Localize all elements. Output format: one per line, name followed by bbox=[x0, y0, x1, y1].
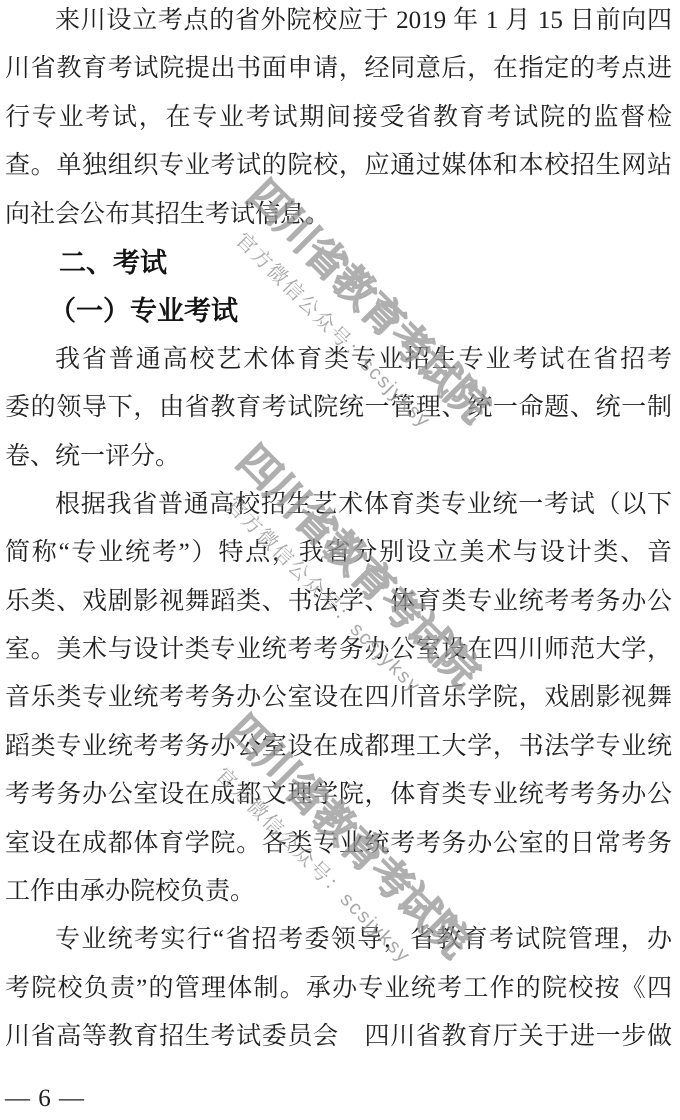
paragraph-line: 川省高等教育招生考试委员会 四川省教育厅关于进一步做 bbox=[5, 1013, 672, 1061]
paragraph: 来川设立考点的省外院校应于 2019 年 1 月 15 日前向四川省教育考试院提… bbox=[5, 0, 672, 239]
page: 来川设立考点的省外院校应于 2019 年 1 月 15 日前向四川省教育考试院提… bbox=[0, 0, 680, 1120]
paragraph-line: 根据我省普通高校招生艺术体育类专业统一考试（以下 bbox=[5, 481, 672, 529]
paragraph-line: 卷、统一评分。 bbox=[5, 433, 672, 481]
paragraph-line: 音乐类专业统考考务办公室设在四川音乐学院，戏剧影视舞 bbox=[5, 674, 672, 722]
subsection-heading: （一）专业考试 bbox=[5, 287, 672, 335]
paragraph-line: 考院校负责”的管理体制。承办专业统考工作的院校按《四 bbox=[5, 965, 672, 1013]
page-number: — 6 — bbox=[5, 1085, 85, 1113]
paragraph: 专业统考实行“省招考委领导，省教育考试院管理，办考院校负责”的管理体制。承办专业… bbox=[5, 916, 672, 1061]
paragraph-line: 来川设立考点的省外院校应于 2019 年 1 月 15 日前向四 bbox=[5, 0, 672, 45]
paragraph: 我省普通高校艺术体育类专业招生专业考试在省招考委的领导下，由省教育考试院统一管理… bbox=[5, 336, 672, 481]
paragraph-line: 室。美术与设计类专业统考考务办公室设在四川师范大学， bbox=[5, 626, 672, 674]
paragraph-line: 我省普通高校艺术体育类专业招生专业考试在省招考 bbox=[5, 336, 672, 384]
paragraph-line: 蹈类专业统考考务办公室设在成都理工大学，书法学专业统 bbox=[5, 723, 672, 771]
paragraph-line: 查。单独组织专业考试的院校，应通过媒体和本校招生网站 bbox=[5, 142, 672, 190]
paragraph: 根据我省普通高校招生艺术体育类专业统一考试（以下简称“专业统考”）特点，我省分别… bbox=[5, 481, 672, 917]
paragraph-line: 考考务办公室设在成都文理学院，体育类专业统考考务办公 bbox=[5, 771, 672, 819]
section-heading: 二、考试 bbox=[5, 239, 672, 287]
document-body: 来川设立考点的省外院校应于 2019 年 1 月 15 日前向四川省教育考试院提… bbox=[5, 0, 672, 1062]
paragraph-line: 简称“专业统考”）特点，我省分别设立美术与设计类、音 bbox=[5, 529, 672, 577]
paragraph-line: 工作由承办院校负责。 bbox=[5, 868, 672, 916]
paragraph-line: 室设在成都体育学院。各类专业统考考务办公室的日常考务 bbox=[5, 820, 672, 868]
paragraph-line: 行专业考试，在专业考试期间接受省教育考试院的监督检 bbox=[5, 94, 672, 142]
paragraph-line: 乐类、戏剧影视舞蹈类、书法学、体育类专业统考考务办公 bbox=[5, 578, 672, 626]
paragraph-line: 委的领导下，由省教育考试院统一管理、统一命题、统一制 bbox=[5, 384, 672, 432]
paragraph-line: 川省教育考试院提出书面申请，经同意后，在指定的考点进 bbox=[5, 45, 672, 93]
paragraph-line: 向社会公布其招生考试信息。 bbox=[5, 191, 672, 239]
paragraph-line: 专业统考实行“省招考委领导，省教育考试院管理，办 bbox=[5, 916, 672, 964]
